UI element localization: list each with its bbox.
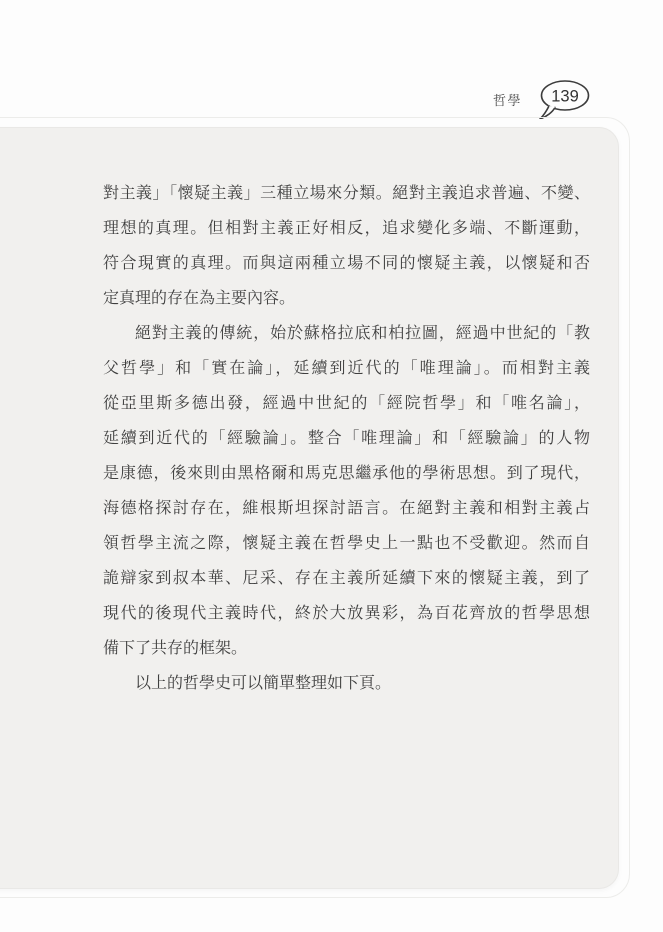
section-label: 哲學 [493, 90, 522, 109]
text-line: 海德格探討存在，維根斯坦探討語言。在絕對主義和相對主義占 [103, 491, 590, 526]
text-line: 絕對主義的傳統，始於蘇格拉底和柏拉圖，經過中世紀的「教 [103, 316, 590, 351]
page-number-bubble: 139 [537, 79, 591, 119]
text-line: 備下了共存的框架。 [103, 631, 590, 666]
text-line: 符合現實的真理。而與這兩種立場不同的懷疑主義，以懷疑和否 [103, 246, 590, 281]
text-line: 詭辯家到叔本華、尼采、存在主義所延續下來的懷疑主義，到了 [103, 561, 590, 596]
speech-bubble-icon: 139 [537, 79, 591, 119]
text-line: 以上的哲學史可以簡單整理如下頁。 [103, 666, 590, 701]
text-line: 從亞里斯多德出發，經過中世紀的「經院哲學」和「唯名論」， [103, 386, 590, 421]
text-line: 領哲學主流之際，懷疑主義在哲學史上一點也不受歡迎。然而自 [103, 526, 590, 561]
text-line: 現代的後現代主義時代，終於大放異彩，為百花齊放的哲學思想 [103, 596, 590, 631]
text-line: 理想的真理。但相對主義正好相反，追求變化多端、不斷運動， [103, 211, 590, 246]
text-line: 延續到近代的「經驗論」。整合「唯理論」和「經驗論」的人物 [103, 421, 590, 456]
body-text: 對主義」「懷疑主義」三種立場來分類。絕對主義追求普遍、不變、 理想的真理。但相對… [103, 176, 590, 701]
text-line: 對主義」「懷疑主義」三種立場來分類。絕對主義追求普遍、不變、 [103, 176, 590, 211]
ebook-page: { "header": { "section_label": "哲學", "pa… [0, 0, 663, 932]
running-head: 哲學 139 [493, 79, 591, 119]
text-line: 父哲學」和「實在論」，延續到近代的「唯理論」。而相對主義 [103, 351, 590, 386]
page-number: 139 [551, 88, 579, 106]
text-line: 是康德，後來則由黑格爾和馬克思繼承他的學術思想。到了現代， [103, 456, 590, 491]
text-line: 定真理的存在為主要內容。 [103, 281, 590, 316]
